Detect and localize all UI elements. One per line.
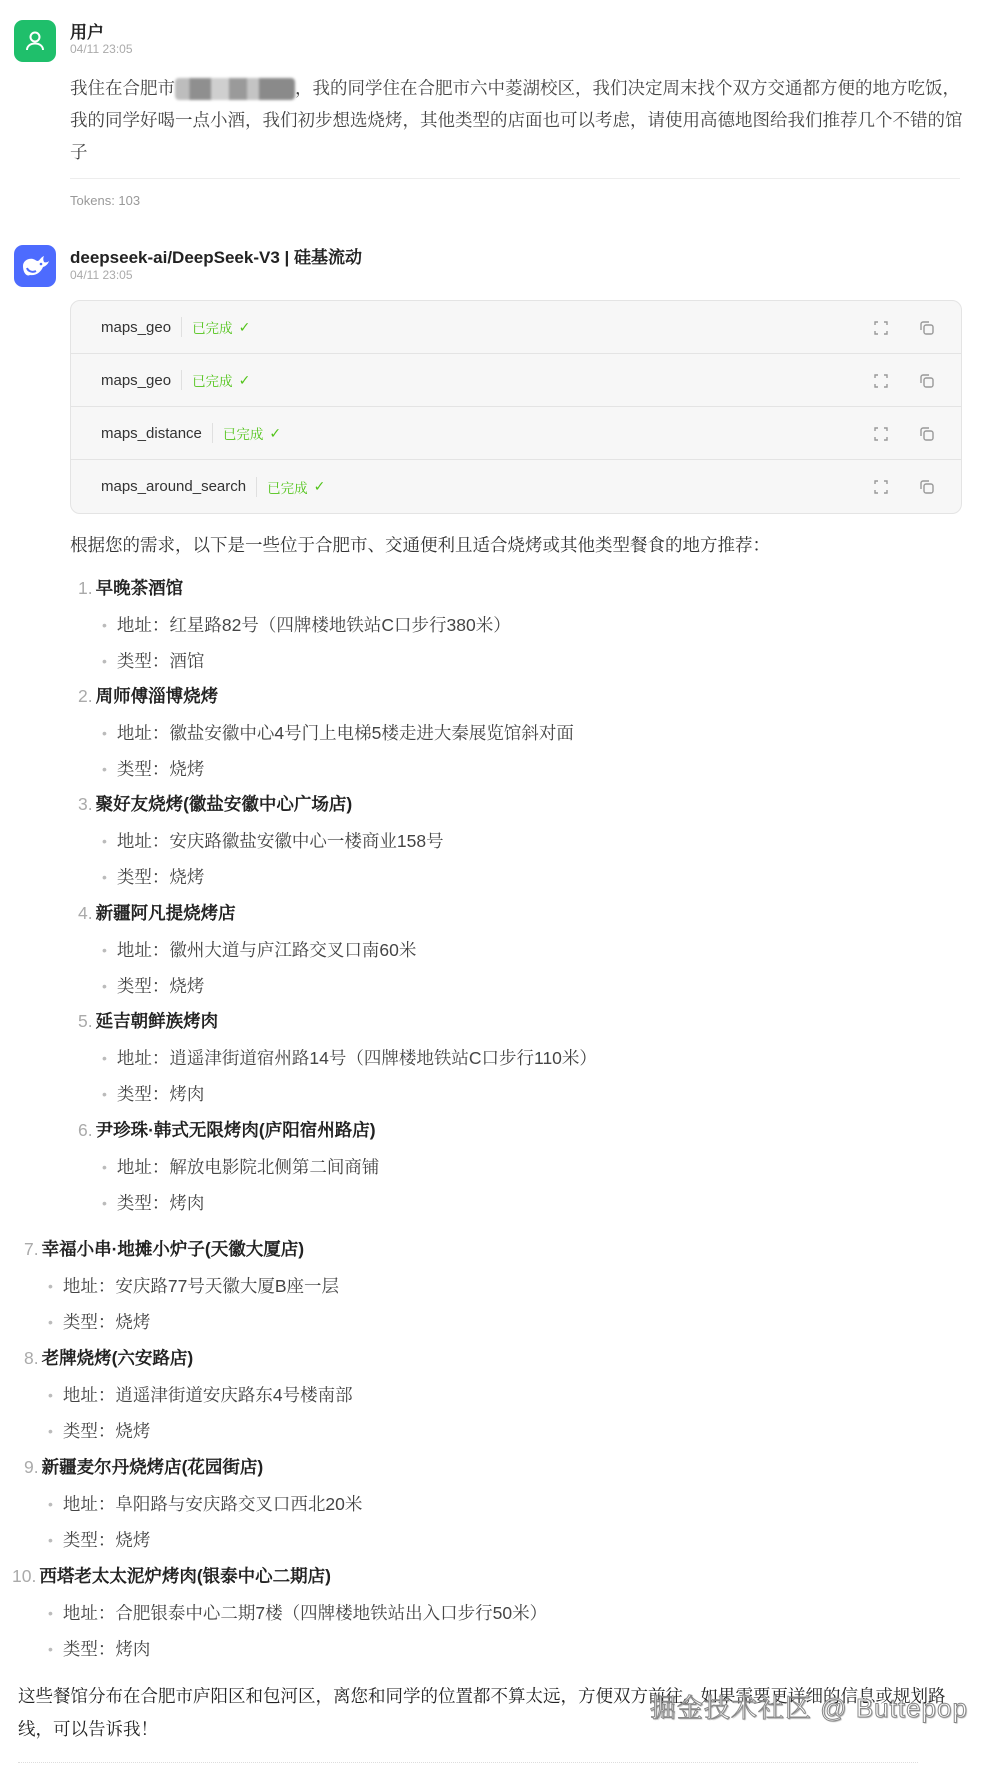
restaurant-type: 类型：烤肉 (102, 1190, 204, 1215)
tool-status: 已完成 (192, 370, 233, 390)
expand-icon[interactable] (871, 477, 891, 497)
tool-name: maps_geo (101, 319, 171, 336)
user-text-part-1: 我住在合肥市 (70, 78, 175, 98)
restaurant-title: 7.幸福小串·地摊小炉子(天徽大厦店) (24, 1236, 304, 1261)
expand-icon[interactable] (871, 424, 891, 444)
expand-icon[interactable] (871, 371, 891, 391)
tool-call-row[interactable]: maps_around_search 已完成 ✓ (71, 460, 961, 513)
tool-name: maps_distance (101, 425, 202, 442)
expand-icon[interactable] (871, 318, 891, 338)
restaurant-title: 8.老牌烧烤(六安路店) (24, 1345, 193, 1370)
message-divider (70, 178, 960, 179)
user-avatar (14, 20, 56, 62)
tool-call-row[interactable]: maps_geo 已完成 ✓ (71, 354, 961, 407)
restaurant-title: 10.西塔老太太泥炉烤肉(银泰中心二期店) (12, 1563, 331, 1588)
tool-call-row[interactable]: maps_geo 已完成 ✓ (71, 301, 961, 354)
user-author: 用户 (70, 18, 104, 43)
assistant-timestamp: 04/11 23:05 (70, 268, 133, 282)
check-icon: ✓ (314, 478, 326, 495)
copy-icon[interactable] (917, 477, 937, 497)
restaurant-type: 类型：烤肉 (48, 1636, 150, 1661)
restaurant-type: 类型：烧烤 (102, 756, 204, 781)
separator (181, 317, 182, 337)
restaurant-address: 地址：徽盐安徽中心4号门上电梯5楼走进大秦展览馆斜对面 (102, 720, 574, 745)
restaurant-type: 类型：烤肉 (102, 1081, 204, 1106)
deepseek-whale-icon (20, 253, 50, 279)
restaurant-address: 地址：安庆路77号天徽大厦B座一层 (48, 1273, 339, 1298)
restaurant-title: 1.早晚茶酒馆 (78, 575, 183, 600)
tool-status: 已完成 (267, 477, 308, 497)
check-icon: ✓ (239, 372, 251, 389)
restaurant-type: 类型：烧烤 (48, 1527, 150, 1552)
watermark: 掘金技术社区 @ Buttepop (650, 1688, 968, 1725)
restaurant-title: 4.新疆阿凡提烧烤店 (78, 900, 236, 925)
assistant-author: deepseek-ai/DeepSeek-V3 | 硅基流动 (70, 243, 362, 268)
tool-name: maps_around_search (101, 478, 246, 495)
restaurant-type: 类型：酒馆 (102, 648, 204, 673)
restaurant-title: 9.新疆麦尔丹烧烤店(花园街店) (24, 1454, 263, 1479)
restaurant-title: 3.聚好友烧烤(徽盐安徽中心广场店) (78, 791, 352, 816)
tool-status: 已完成 (192, 317, 233, 337)
tool-name: maps_geo (101, 372, 171, 389)
token-count: Tokens: 103 (70, 193, 140, 208)
redacted-address (175, 78, 295, 100)
copy-icon[interactable] (917, 371, 937, 391)
restaurant-type: 类型：烧烤 (102, 973, 204, 998)
restaurant-address: 地址：红星路82号（四牌楼地铁站C口步行380米） (102, 612, 511, 637)
tool-status: 已完成 (223, 423, 264, 443)
tool-call-row[interactable]: maps_distance 已完成 ✓ (71, 407, 961, 460)
separator (212, 423, 213, 443)
message-divider (18, 1762, 918, 1763)
restaurant-address: 地址：阜阳路与安庆路交叉口西北20米 (48, 1491, 362, 1516)
restaurant-title: 6.尹珍珠·韩式无限烤肉(庐阳宿州路店) (78, 1117, 376, 1142)
separator (256, 477, 257, 497)
response-intro: 根据您的需求，以下是一些位于合肥市、交通便利且适合烧烤或其他类型餐食的地方推荐： (70, 532, 770, 557)
restaurant-type: 类型：烧烤 (48, 1309, 150, 1334)
restaurant-title: 5.延吉朝鲜族烤肉 (78, 1008, 218, 1033)
restaurant-address: 地址：徽州大道与庐江路交叉口南60米 (102, 937, 416, 962)
separator (181, 370, 182, 390)
restaurant-address: 地址：逍遥津街道安庆路东4号楼南部 (48, 1382, 353, 1407)
copy-icon[interactable] (917, 318, 937, 338)
restaurant-address: 地址：解放电影院北侧第二间商铺 (102, 1154, 379, 1179)
restaurant-address: 地址：安庆路徽盐安徽中心一楼商业158号 (102, 828, 444, 853)
check-icon: ✓ (239, 319, 251, 336)
user-timestamp: 04/11 23:05 (70, 42, 133, 56)
tool-calls-panel: maps_geo 已完成 ✓ maps_geo 已完成 ✓ maps_dista… (70, 300, 962, 514)
assistant-avatar (14, 245, 56, 287)
copy-icon[interactable] (917, 424, 937, 444)
restaurant-type: 类型：烧烤 (102, 864, 204, 889)
restaurant-address: 地址：合肥银泰中心二期7楼（四牌楼地铁站出入口步行50米） (48, 1600, 547, 1625)
restaurant-type: 类型：烧烤 (48, 1418, 150, 1443)
user-message-text: 我住在合肥市，我的同学住在合肥市六中菱湖校区，我们决定周末找个双方交通都方便的地… (70, 72, 970, 168)
user-icon (23, 29, 47, 53)
check-icon: ✓ (269, 425, 281, 442)
restaurant-title: 2.周师傅淄博烧烤 (78, 683, 218, 708)
restaurant-address: 地址：逍遥津街道宿州路14号（四牌楼地铁站C口步行110米） (102, 1045, 597, 1070)
